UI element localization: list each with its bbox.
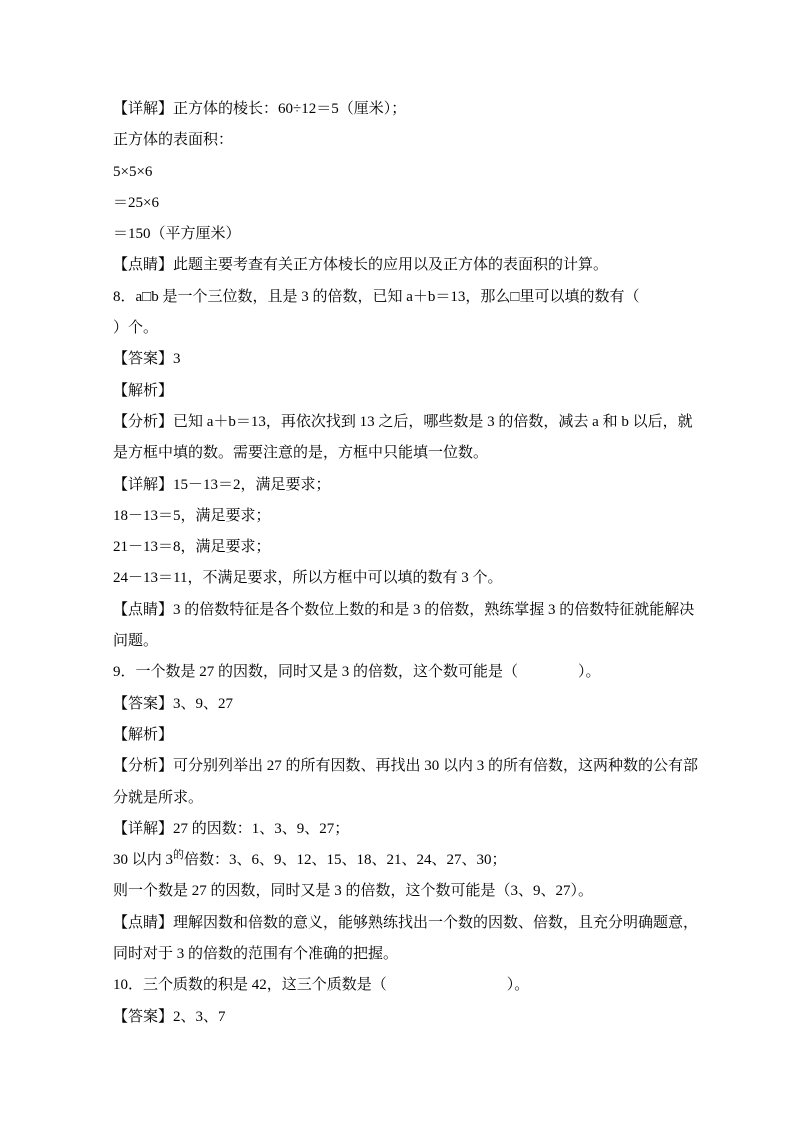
line-text-pre: 30 以内 3 — [113, 852, 173, 868]
document-line: ）个。 — [113, 313, 688, 344]
document-line: 【分析】已知 a＋b＝13，再依次找到 13 之后，哪些数是 3 的倍数，减去 … — [113, 407, 688, 438]
document-line: ＝150（平方厘米） — [113, 219, 688, 250]
document-line-with-superscript: 30 以内 3的倍数：3、6、9、12、15、18、21、24、27、30； — [113, 845, 688, 876]
document-line: 【分析】可分别列举出 27 的所有因数、再找出 30 以内 3 的所有倍数，这两… — [113, 751, 688, 782]
superscript-text: 的 — [173, 849, 184, 861]
document-line: 分就是所求。 — [113, 783, 688, 814]
document-line: 正方体的表面积： — [113, 125, 688, 156]
document-line: 【点睛】理解因数和倍数的意义，能够熟练找出一个数的因数、倍数，且充分明确题意， — [113, 908, 688, 939]
document-line: 问题。 — [113, 626, 688, 657]
document-line: 【点睛】3 的倍数特征是各个数位上数的和是 3 的倍数，熟练掌握 3 的倍数特征… — [113, 595, 688, 626]
document-line: 【点睛】此题主要考查有关正方体棱长的应用以及正方体的表面积的计算。 — [113, 250, 688, 281]
document-line: 【解析】 — [113, 720, 688, 751]
document-line: 同时对于 3 的倍数的范围有个准确的把握。 — [113, 939, 688, 970]
document-line: 【解析】 — [113, 376, 688, 407]
document-line-question-9: 9．一个数是 27 的因数，同时又是 3 的倍数，这个数可能是（ ）。 — [113, 657, 688, 688]
document-line-question-8: 8．a□b 是一个三位数，且是 3 的倍数，已知 a＋b＝13，那么□里可以填的… — [113, 282, 688, 313]
document-line: 是方框中填的数。需要注意的是，方框中只能填一位数。 — [113, 438, 688, 469]
document-line: 【答案】3 — [113, 344, 688, 375]
document-line-question-10: 10．三个质数的积是 42，这三个质数是（ ）。 — [113, 970, 688, 1001]
document-line: 【答案】3、9、27 — [113, 689, 688, 720]
document-line: 5×5×6 — [113, 157, 688, 188]
document-line: 【详解】27 的因数：1、3、9、27； — [113, 814, 688, 845]
document-line: 【详解】正方体的棱长：60÷12＝5（厘米）； — [113, 94, 688, 125]
document-line: 【详解】15－13＝2，满足要求； — [113, 470, 688, 501]
document-line: 24－13＝11，不满足要求，所以方框中可以填的数有 3 个。 — [113, 563, 688, 594]
document-page: 【详解】正方体的棱长：60÷12＝5（厘米）； 正方体的表面积： 5×5×6 ＝… — [113, 94, 688, 1033]
document-line: 18－13＝5，满足要求； — [113, 501, 688, 532]
document-line: 【答案】2、3、7 — [113, 1002, 688, 1033]
document-line: 则一个数是 27 的因数，同时又是 3 的倍数，这个数可能是（3、9、27）。 — [113, 876, 688, 907]
line-text-post: 倍数：3、6、9、12、15、18、21、24、27、30； — [184, 852, 507, 868]
document-line: ＝25×6 — [113, 188, 688, 219]
document-line: 21－13＝8，满足要求； — [113, 532, 688, 563]
